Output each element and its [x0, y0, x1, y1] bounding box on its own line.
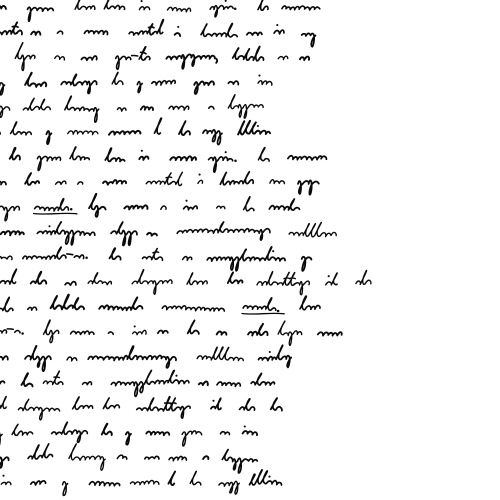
handwritten-word: [132, 270, 172, 295]
handwritten-word: [88, 273, 111, 285]
handwritten-word: [298, 180, 319, 194]
handwritten-word: [0, 6, 6, 9]
handwritten-word: [188, 320, 199, 333]
handwritten-word: [103, 180, 126, 185]
handwritten-word: [110, 248, 121, 259]
handwritten-word: [278, 56, 288, 59]
handwritten-word: [0, 432, 2, 446]
handwritten-word: [117, 455, 126, 459]
handwritten-word: [318, 332, 342, 335]
handwritten-word: [139, 7, 149, 10]
handwritten-word: [243, 298, 280, 310]
handwritten-word: [209, 157, 238, 172]
handwritten-word: [170, 156, 196, 160]
handwritten-word: [257, 272, 309, 295]
handwritten-word: [83, 382, 92, 385]
handwritten-word: [177, 222, 270, 240]
handwritten-word: [145, 456, 159, 459]
handwritten-word: [124, 205, 147, 209]
handwritten-word: [89, 482, 119, 486]
handwritten-word: [57, 31, 62, 34]
handwritten-word: [10, 148, 20, 160]
handwritten-word: [73, 397, 93, 410]
handwritten-word: [118, 108, 127, 111]
handwritten-word: [0, 22, 22, 34]
handwritten-word: [65, 282, 76, 286]
handwritten-word: [0, 457, 9, 468]
handwritten-word: [0, 396, 6, 408]
handwritten-word: [220, 432, 229, 435]
handwritten-word: [78, 182, 83, 184]
handwritten-word: [146, 172, 182, 185]
handwritten-word: [219, 481, 239, 494]
handwritten-word: [31, 481, 46, 485]
handwritten-word: [0, 83, 5, 95]
handwritten-word: [240, 399, 255, 410]
handwritten-word: [15, 43, 35, 71]
handwritten-word: [69, 444, 105, 470]
ink-dot: [234, 7, 237, 10]
handwritten-word: [0, 297, 13, 311]
underline-flourish: [34, 213, 77, 214]
handwritten-word: [137, 397, 190, 419]
handwritten-word: [169, 456, 186, 460]
handwritten-word: [228, 81, 238, 84]
handwritten-word: [217, 206, 225, 209]
ink-dot: [199, 174, 201, 176]
handwritten-word: [166, 54, 219, 68]
handwritten-word: [199, 382, 208, 386]
handwritten-word: [228, 95, 263, 119]
handwritten-word: [133, 330, 146, 334]
handwritten-word: [67, 357, 77, 361]
handwritten-word: [37, 222, 94, 245]
ink-dot: [234, 159, 237, 162]
ink-dot: [48, 225, 50, 227]
handwritten-word: [23, 247, 88, 259]
handwritten-word: [247, 32, 262, 35]
handwritten-word: [28, 7, 54, 21]
handwritten-word: [203, 130, 222, 145]
handwritten-word: [25, 346, 51, 371]
handwritten-word: [112, 72, 123, 84]
handwritten-word: [0, 197, 19, 221]
handwritten-word: [51, 295, 84, 310]
handwritten-word: [44, 320, 59, 343]
handwritten-word: [0, 256, 12, 260]
handwritten-word: [152, 80, 176, 85]
handwritten-word: [162, 306, 224, 311]
ink-dot: [21, 332, 24, 335]
underline-flourish: [242, 313, 284, 314]
handwritten-word: [126, 432, 131, 445]
ink-dot: [177, 26, 179, 28]
handwritten-word: [61, 74, 96, 93]
handwritten-word: [250, 470, 282, 485]
ink-dot: [141, 0, 143, 2]
handwritten-word: [18, 399, 59, 420]
handwritten-word: [228, 272, 243, 283]
handwriting-texture-page: [0, 0, 500, 500]
handwritten-word: [0, 269, 16, 284]
handwritten-word: [217, 332, 227, 335]
handwritten-word: [104, 0, 124, 9]
handwritten-word: [141, 106, 153, 110]
handwritten-word: [46, 131, 51, 144]
handwritten-word: [278, 321, 302, 345]
handwritten-word: [187, 273, 207, 285]
handwritten-word: [259, 148, 270, 162]
handwritten-word: [243, 431, 257, 435]
handwritten-word: [238, 121, 270, 135]
handwritten-word: [220, 172, 253, 185]
handwritten-word: [116, 47, 150, 70]
handwritten-word: [70, 147, 89, 160]
ink-dot: [258, 75, 260, 77]
handwritten-word: [130, 480, 159, 484]
handwritten-word: [25, 73, 46, 87]
handwritten-word: [209, 106, 214, 109]
ink-dot: [70, 208, 73, 211]
ink-dot: [225, 0, 227, 2]
handwritten-word: [274, 30, 284, 34]
handwritten-word: [197, 347, 243, 360]
handwritten-word: [169, 106, 189, 110]
handwritten-word: [31, 32, 40, 35]
handwritten-word: [168, 472, 175, 486]
handwritten-word: [201, 24, 237, 37]
handwritten-word: [270, 180, 284, 184]
handwritten-word: [155, 118, 162, 134]
handwritten-word: [302, 33, 316, 46]
ink-dot: [272, 250, 274, 252]
handwritten-word: [65, 96, 99, 122]
handwritten-word: [68, 131, 98, 135]
ink-dot: [134, 325, 136, 327]
handwritten-word: [105, 148, 124, 161]
handwritten-word: [25, 173, 39, 185]
handwritten-word: [302, 257, 312, 271]
handwritten-word: [217, 382, 240, 386]
handwritten-word: [37, 156, 60, 170]
ink-dot: [175, 375, 177, 377]
handwritten-word: [71, 331, 94, 334]
handwritten-word: [190, 471, 201, 485]
ink-dot: [257, 125, 259, 127]
handwritten-word: [211, 398, 221, 409]
handwritten-word: [35, 199, 73, 211]
handwritten-word: [12, 424, 32, 435]
handwritten-word: [147, 233, 157, 236]
handwritten-word: [146, 432, 169, 436]
handwritten-word: [111, 222, 137, 245]
handwritten-word: [0, 329, 25, 343]
handwritten-word: [288, 156, 327, 160]
handwritten-word: [99, 297, 142, 310]
ink-dot: [212, 400, 214, 402]
handwritten-word: [244, 197, 254, 211]
handwritten-word: [251, 373, 274, 385]
handwritten-word: [63, 482, 68, 496]
handwritten-word: [23, 98, 50, 110]
handwritten-word: [1, 482, 11, 485]
handwritten-word: [222, 449, 257, 472]
handwritten-word: [103, 398, 119, 409]
handwritten-word: [289, 222, 336, 236]
handwritten-word: [182, 431, 202, 446]
handwritten-word: [108, 332, 113, 334]
handwritten-word: [179, 121, 190, 135]
handwritten-word: [28, 444, 52, 459]
ink-dot: [268, 476, 270, 478]
ink-dot: [244, 425, 246, 427]
ink-dot: [225, 151, 227, 153]
handwritten-word: [0, 380, 4, 392]
handwritten-word: [271, 398, 282, 411]
handwritten-word: [194, 81, 214, 93]
handwritten-word: [175, 33, 181, 36]
handwritten-word: [210, 6, 238, 17]
handwritten-word: [0, 181, 6, 184]
handwritten-word: [183, 257, 192, 261]
handwritten-word: [203, 456, 208, 459]
handwritten-word: [326, 273, 337, 285]
handwritten-word: [168, 7, 191, 11]
ink-dot: [141, 150, 143, 152]
handwritten-word: [89, 194, 106, 217]
handwritten-word: [84, 31, 107, 35]
ink-dot: [2, 475, 4, 477]
handwritten-word: [139, 157, 148, 160]
ink-dot: [269, 351, 271, 353]
handwritten-word: [31, 272, 47, 284]
handwritten-word: [282, 6, 320, 10]
handwritten-word: [102, 424, 112, 435]
handwritten-word: [300, 57, 309, 61]
handwritten-word: [111, 370, 189, 396]
ink-dot: [185, 200, 187, 202]
handwritten-word: [259, 345, 292, 367]
ink-dot: [328, 275, 330, 277]
handwritten-word: [0, 356, 8, 370]
handwritten-word: [300, 296, 320, 310]
handwritten-word: [11, 122, 32, 135]
handwritten-word: [184, 206, 198, 210]
handwritten-word: [248, 324, 267, 336]
handwritten-word: [81, 56, 96, 60]
handwritten-word: [161, 206, 166, 209]
handwritten-word: [88, 346, 176, 368]
handwritten-word: [52, 422, 88, 442]
handwritten-word: [22, 373, 33, 386]
handwritten-word: [109, 131, 140, 135]
handwritten-word: [356, 270, 371, 284]
handwritten-word: [55, 56, 65, 60]
handwritten-word: [0, 105, 10, 117]
handwritten-word: [269, 199, 299, 210]
handwritten-word: [129, 20, 163, 36]
ink-dot: [276, 24, 278, 26]
handwritten-word: [258, 0, 268, 10]
handwritten-word: [258, 81, 272, 85]
handwritten-word: [1, 231, 24, 235]
handwritten-word: [198, 180, 203, 183]
handwritten-word: [28, 307, 37, 310]
handwriting-canvas: [0, 0, 500, 500]
handwritten-word: [143, 249, 163, 261]
handwritten-word: [233, 46, 264, 60]
handwritten-word: [56, 181, 66, 184]
handwritten-word: [75, 0, 95, 9]
ink-dot: [277, 310, 280, 313]
handwritten-word: [137, 82, 142, 93]
ink-dot: [85, 257, 88, 260]
handwritten-word: [43, 371, 63, 384]
handwritten-word: [158, 331, 168, 334]
